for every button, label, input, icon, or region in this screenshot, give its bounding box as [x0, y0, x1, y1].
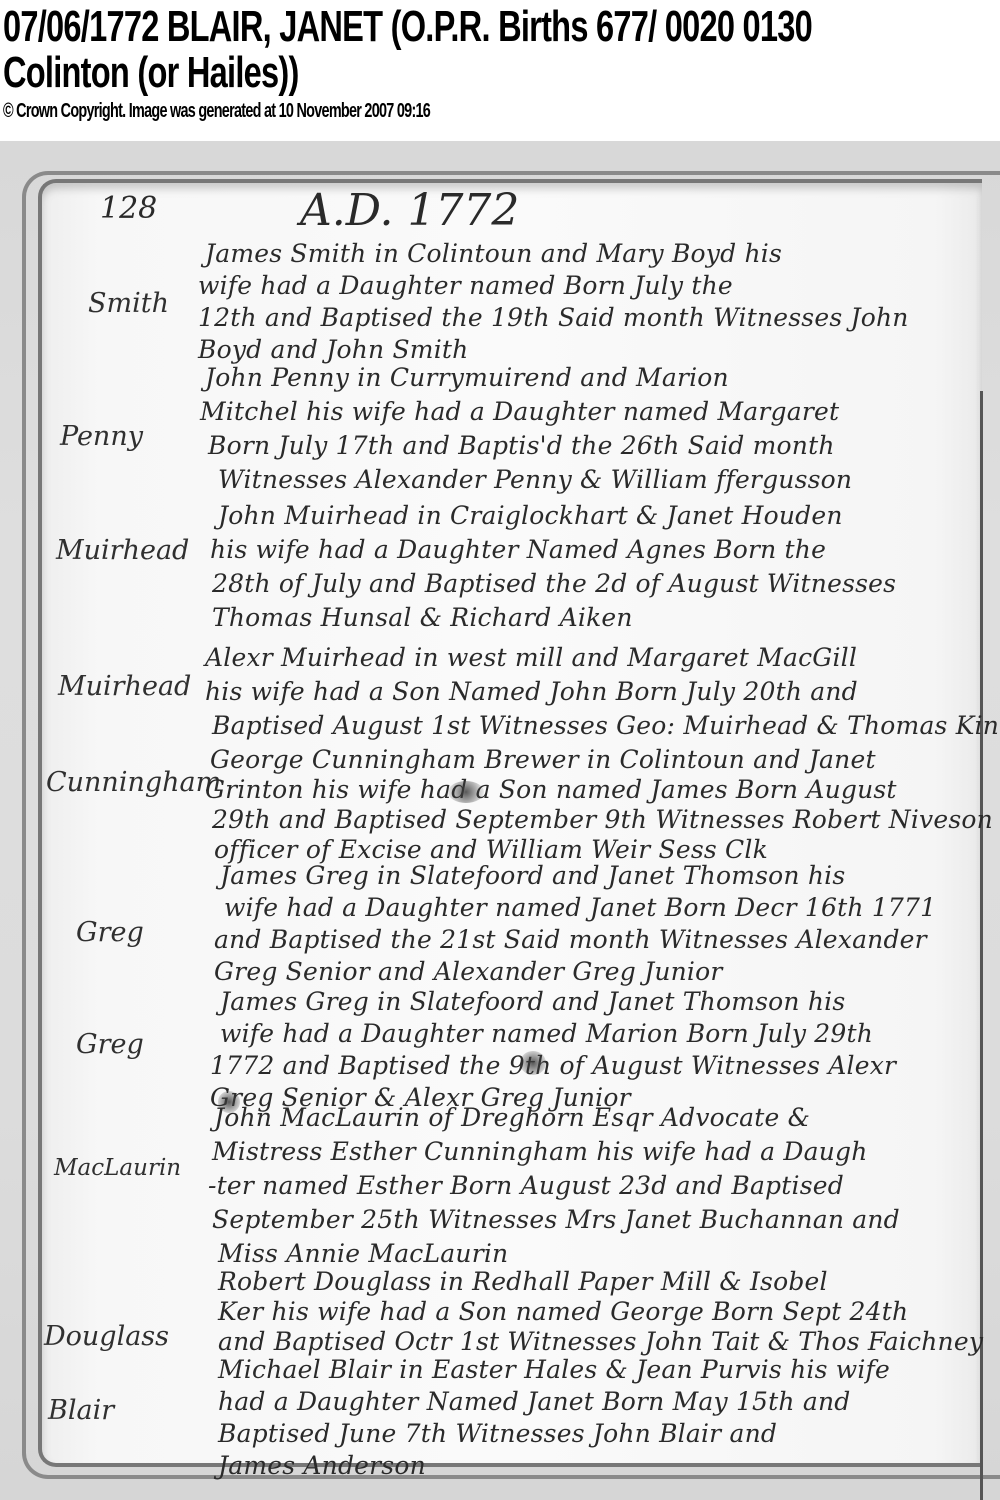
margin-surname: Douglass — [44, 1321, 169, 1352]
record-title: 07/06/1772 BLAIR, JANET (O.P.R. Births 6… — [3, 2, 812, 52]
entry-line: Ker his wife had a Son named George Born… — [218, 1297, 908, 1326]
entry-line: Born July 17th and Baptis'd the 26th Sai… — [208, 431, 835, 460]
entry-line: George Cunningham Brewer in Colintoun an… — [210, 745, 876, 774]
entry-line: James Anderson — [218, 1451, 426, 1480]
entry-line: 28th of July and Baptised the 2d of Augu… — [212, 569, 896, 598]
entry-line: John Muirhead in Craiglockhart & Janet H… — [218, 501, 843, 530]
entry-line: officer of Excise and William Weir Sess … — [214, 835, 768, 864]
entry-line: Michael Blair in Easter Hales & Jean Pur… — [218, 1355, 890, 1384]
parish-name: Colinton (or Hailes)) — [3, 48, 299, 98]
entry-line: Boyd and John Smith — [198, 335, 468, 364]
record-header: 07/06/1772 BLAIR, JANET (O.P.R. Births 6… — [0, 0, 1000, 140]
entry-line: -ter named Esther Born August 23d and Ba… — [208, 1171, 844, 1200]
entry-line: Robert Douglass in Redhall Paper Mill & … — [218, 1267, 828, 1296]
margin-surname: Penny — [60, 421, 143, 452]
ink-blot — [520, 1051, 546, 1075]
entry-line: 29th and Baptised September 9th Witnesse… — [212, 805, 993, 834]
copyright-notice: © Crown Copyright. Image was generated a… — [3, 100, 430, 123]
margin-surname: MacLaurin — [54, 1155, 181, 1181]
entry-line: James Greg in Slatefoord and Janet Thoms… — [220, 987, 845, 1016]
entry-line: Miss Annie MacLaurin — [218, 1239, 508, 1268]
margin-surname: Greg — [76, 917, 144, 948]
entry-line: John Penny in Currymuirend and Marion — [205, 363, 729, 392]
entry-line: Alexr Muirhead in west mill and Margaret… — [205, 643, 857, 672]
margin-surname: Blair — [48, 1395, 114, 1426]
entry-line: wife had a Daughter named Janet Born Dec… — [224, 893, 936, 922]
entry-line: wife had a Daughter named Born July the — [198, 271, 733, 300]
entry-line: and Baptised Octr 1st Witnesses John Tai… — [218, 1327, 983, 1356]
entry-line: 1772 and Baptised the 9th of August Witn… — [210, 1051, 896, 1080]
entry-line: Thomas Hunsal & Richard Aiken — [212, 603, 633, 632]
margin-surname: Muirhead — [58, 671, 191, 702]
ink-blot — [448, 781, 484, 803]
year-heading: A.D. 1772 — [300, 185, 519, 236]
entry-line: James Smith in Colintoun and Mary Boyd h… — [205, 239, 782, 268]
entry-line: and Baptised the 21st Said month Witness… — [214, 925, 927, 954]
entry-line: had a Daughter Named Janet Born May 15th… — [218, 1387, 850, 1416]
margin-surname: Cunningham — [46, 767, 221, 798]
entry-line: Baptised August 1st Witnesses Geo: Muirh… — [212, 711, 1000, 740]
margin-surname: Muirhead — [56, 535, 189, 566]
entry-line: Greg Senior and Alexander Greg Junior — [214, 957, 723, 986]
entry-line: 12th and Baptised the 19th Said month Wi… — [198, 303, 909, 332]
margin-surname: Greg — [76, 1029, 144, 1060]
entry-line: John MacLaurin of Dreghorn Esqr Advocate… — [214, 1103, 810, 1132]
folio-number: 128 — [100, 191, 157, 226]
entry-line: wife had a Daughter named Marion Born Ju… — [220, 1019, 873, 1048]
entry-line: his wife had a Daughter Named Agnes Born… — [210, 535, 826, 564]
margin-surname: Smith — [88, 288, 169, 319]
entry-line: his wife had a Son Named John Born July … — [205, 677, 858, 706]
entry-line: Grinton his wife had a Son named James B… — [205, 775, 897, 804]
entry-line: Mitchel his wife had a Daughter named Ma… — [200, 397, 839, 426]
entry-line: Baptised June 7th Witnesses John Blair a… — [218, 1419, 777, 1448]
entry-line: Mistress Esther Cunningham his wife had … — [212, 1137, 868, 1166]
entry-line: Witnesses Alexander Penny & William ffer… — [218, 465, 852, 494]
entry-line: September 25th Witnesses Mrs Janet Bucha… — [212, 1205, 900, 1234]
register-scan-image: 128 A.D. 1772 Smith James Smith in Colin… — [0, 141, 1000, 1500]
entry-line: James Greg in Slatefoord and Janet Thoms… — [220, 861, 845, 890]
